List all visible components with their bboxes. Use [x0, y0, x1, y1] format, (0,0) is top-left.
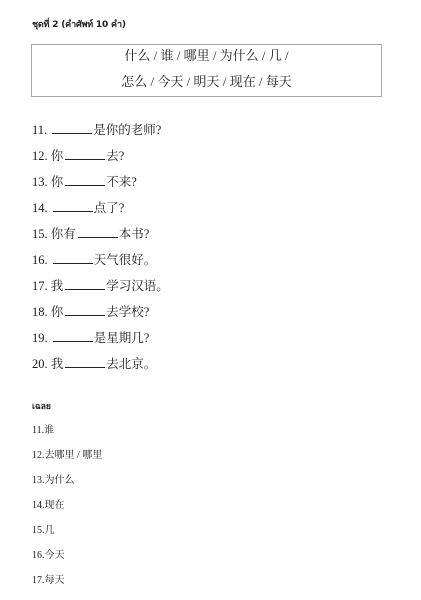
answer-blank [53, 251, 93, 264]
answer-item: 17.每天 [32, 574, 102, 599]
question-item: 19. 是星期几? [32, 329, 169, 355]
answer-blank [52, 121, 92, 134]
question-before: 你 [51, 305, 64, 319]
question-item: 14. 点了? [32, 199, 169, 225]
answer-blank [65, 277, 105, 290]
answer-blank [53, 199, 93, 212]
question-number: 11. [32, 123, 47, 137]
answer-item: 12.去哪里 / 哪里 [32, 449, 102, 474]
answer-blank [65, 147, 105, 160]
answer-blank [65, 303, 105, 316]
question-after: 去学校? [106, 305, 149, 319]
word-bank-box: 什么 / 谁 / 哪里 / 为什么 / 几 / 怎么 / 今天 / 明天 / 现… [31, 44, 382, 97]
question-number: 12. [32, 149, 48, 163]
question-item: 16. 天气很好。 [32, 251, 169, 277]
question-list: 11. 是你的老师? 12. 你去? 13. 你不来? 14. 点了? 15. … [32, 121, 169, 381]
question-after: 去? [106, 149, 124, 163]
question-item: 17. 我学习汉语。 [32, 277, 169, 303]
question-item: 18. 你去学校? [32, 303, 169, 329]
question-before: 我 [51, 279, 64, 293]
answer-item: 15.几 [32, 524, 102, 549]
word-bank-line-2: 怎么 / 今天 / 明天 / 现在 / 每天 [32, 74, 381, 90]
answer-key-title: เฉลย [32, 399, 51, 413]
answer-item: 16.今天 [32, 549, 102, 574]
answer-blank [78, 225, 118, 238]
question-item: 11. 是你的老师? [32, 121, 169, 147]
question-number: 13. [32, 175, 48, 189]
question-item: 13. 你不来? [32, 173, 169, 199]
answer-item: 14.现在 [32, 499, 102, 524]
question-before: 我 [51, 357, 64, 371]
answer-item: 11.谁 [32, 424, 102, 449]
question-number: 18. [32, 305, 48, 319]
question-after: 去北京。 [106, 357, 156, 371]
question-after: 是星期几? [94, 331, 150, 345]
question-before: 你 [51, 175, 64, 189]
question-number: 19. [32, 331, 48, 345]
question-number: 16. [32, 253, 48, 267]
question-after: 学习汉语。 [106, 279, 169, 293]
question-after: 不来? [106, 175, 137, 189]
question-after: 本书? [119, 227, 150, 241]
question-item: 15. 你有本书? [32, 225, 169, 251]
question-before: 你 [51, 149, 64, 163]
question-number: 17. [32, 279, 48, 293]
question-item: 20. 我去北京。 [32, 355, 169, 381]
set-title: ชุดที่ 2 (คำศัพท์ 10 คำ) [32, 17, 126, 31]
question-number: 20. [32, 357, 48, 371]
question-before: 你有 [51, 227, 76, 241]
answer-blank [65, 355, 105, 368]
answer-item: 13.为什么 [32, 474, 102, 499]
question-number: 14. [32, 201, 48, 215]
question-item: 12. 你去? [32, 147, 169, 173]
question-after: 天气很好。 [94, 253, 157, 267]
word-bank-line-1: 什么 / 谁 / 哪里 / 为什么 / 几 / [32, 48, 381, 64]
answer-blank [65, 173, 105, 186]
answer-blank [53, 329, 93, 342]
answer-key-list: 11.谁 12.去哪里 / 哪里 13.为什么 14.现在 15.几 16.今天… [32, 424, 102, 599]
question-number: 15. [32, 227, 48, 241]
question-after: 是你的老师? [93, 123, 161, 137]
question-after: 点了? [94, 201, 125, 215]
